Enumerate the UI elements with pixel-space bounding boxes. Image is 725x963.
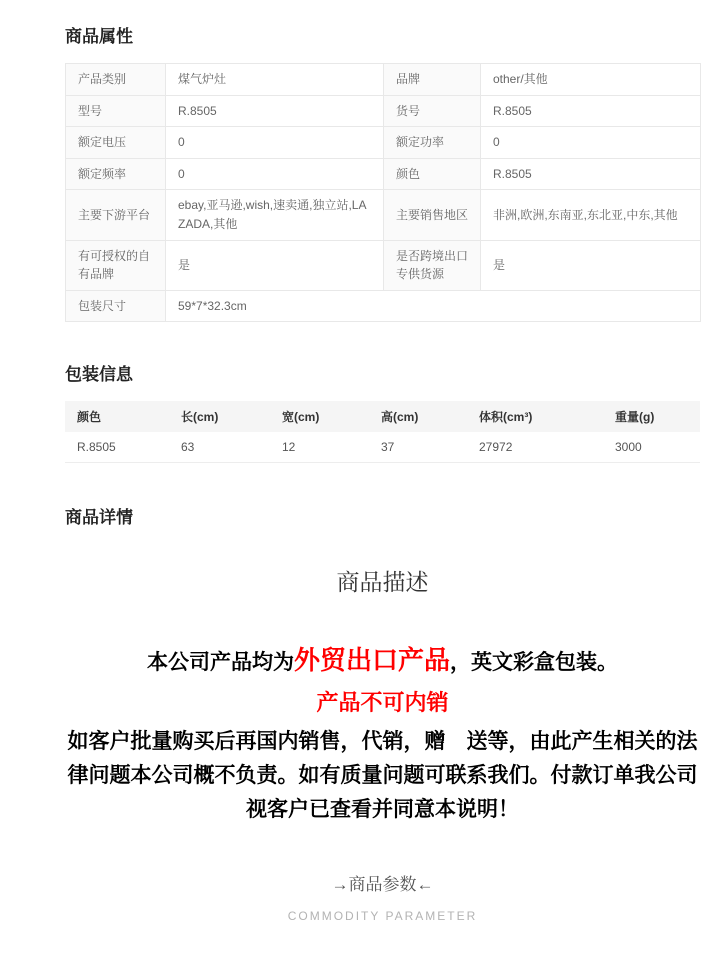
attr-value: 0	[166, 158, 384, 190]
table-row: 型号 R.8505 货号 R.8505	[66, 95, 701, 127]
attr-value: R.8505	[166, 95, 384, 127]
pkg-value-volume: 27972	[467, 432, 603, 463]
attr-value: R.8505	[481, 95, 701, 127]
table-row: 产品类别 煤气炉灶 品牌 other/其他	[66, 64, 701, 96]
attr-label: 是否跨境出口专供货源	[384, 240, 481, 290]
notice-suffix: ，英文彩盒包装。	[450, 651, 618, 674]
attr-value: 非洲,欧洲,东南亚,东北亚,中东,其他	[481, 190, 701, 240]
pkg-header-volume: 体积(cm³)	[467, 401, 603, 432]
attributes-table: 产品类别 煤气炉灶 品牌 other/其他 型号 R.8505 货号 R.850…	[65, 63, 701, 322]
attributes-title: 商品属性	[65, 22, 700, 47]
section-packaging: 包装信息 颜色 长(cm) 宽(cm) 高(cm) 体积(cm³) 重量(g) …	[65, 360, 700, 463]
attr-value: ebay,亚马逊,wish,速卖通,独立站,LAZADA,其他	[166, 190, 384, 240]
table-row: R.8505 63 12 37 27972 3000	[65, 432, 700, 463]
pkg-header-width: 宽(cm)	[270, 401, 369, 432]
attr-label: 包装尺寸	[66, 290, 166, 322]
attr-value: 是	[166, 240, 384, 290]
pkg-header-weight: 重量(g)	[603, 401, 700, 432]
table-row: 额定频率 0 颜色 R.8505	[66, 158, 701, 190]
attr-label: 额定电压	[66, 127, 166, 159]
attr-label: 额定频率	[66, 158, 166, 190]
attr-label: 货号	[384, 95, 481, 127]
pkg-value-color: R.8505	[65, 432, 169, 463]
pkg-header-height: 高(cm)	[369, 401, 467, 432]
attr-label: 产品类别	[66, 64, 166, 96]
attr-value: 0	[481, 127, 701, 159]
product-detail-page: 商品属性 产品类别 煤气炉灶 品牌 other/其他 型号 R.8505 货号 …	[0, 0, 725, 963]
pkg-value-height: 37	[369, 432, 467, 463]
attr-value: 0	[166, 127, 384, 159]
description-heading: 商品描述	[65, 564, 700, 597]
attr-value: R.8505	[481, 158, 701, 190]
attr-value: other/其他	[481, 64, 701, 96]
table-row: 主要下游平台 ebay,亚马逊,wish,速卖通,独立站,LAZADA,其他 主…	[66, 190, 701, 240]
table-row: 包装尺寸 59*7*32.3cm	[66, 290, 701, 322]
no-domestic-sale-notice: 产品不可内销	[65, 686, 700, 717]
attr-label: 主要销售地区	[384, 190, 481, 240]
packaging-table: 颜色 长(cm) 宽(cm) 高(cm) 体积(cm³) 重量(g) R.850…	[65, 401, 700, 463]
disclaimer-paragraph: 如客户批量购买后再国内销售，代销，赠 送等，由此产生相关的法律问题本公司概不负责…	[65, 725, 700, 826]
attr-label: 颜色	[384, 158, 481, 190]
notice-prefix: 本公司产品均为	[147, 651, 294, 674]
attr-value: 煤气炉灶	[166, 64, 384, 96]
attr-value: 59*7*32.3cm	[166, 290, 701, 322]
attr-label: 额定功率	[384, 127, 481, 159]
details-body: 商品描述 本公司产品均为外贸出口产品，英文彩盒包装。 产品不可内销 如客户批量购…	[65, 564, 700, 923]
parameter-section-subtitle: COMMODITY PARAMETER	[65, 909, 700, 923]
table-row: 额定电压 0 额定功率 0	[66, 127, 701, 159]
pkg-header-color: 颜色	[65, 401, 169, 432]
attr-label: 主要下游平台	[66, 190, 166, 240]
section-details: 商品详情 商品描述 本公司产品均为外贸出口产品，英文彩盒包装。 产品不可内销 如…	[65, 503, 700, 923]
pkg-value-width: 12	[270, 432, 369, 463]
attr-label: 型号	[66, 95, 166, 127]
pkg-value-length: 63	[169, 432, 270, 463]
attr-value: 是	[481, 240, 701, 290]
details-title: 商品详情	[65, 503, 700, 528]
pkg-header-length: 长(cm)	[169, 401, 270, 432]
table-header-row: 颜色 长(cm) 宽(cm) 高(cm) 体积(cm³) 重量(g)	[65, 401, 700, 432]
attr-label: 有可授权的自有品牌	[66, 240, 166, 290]
section-attributes: 商品属性 产品类别 煤气炉灶 品牌 other/其他 型号 R.8505 货号 …	[65, 22, 700, 322]
export-notice-line: 本公司产品均为外贸出口产品，英文彩盒包装。	[65, 641, 700, 680]
parameter-section-title: →商品参数←	[65, 870, 700, 895]
attr-label: 品牌	[384, 64, 481, 96]
table-row: 有可授权的自有品牌 是 是否跨境出口专供货源 是	[66, 240, 701, 290]
packaging-title: 包装信息	[65, 360, 700, 385]
notice-highlight: 外贸出口产品	[294, 645, 450, 675]
pkg-value-weight: 3000	[603, 432, 700, 463]
